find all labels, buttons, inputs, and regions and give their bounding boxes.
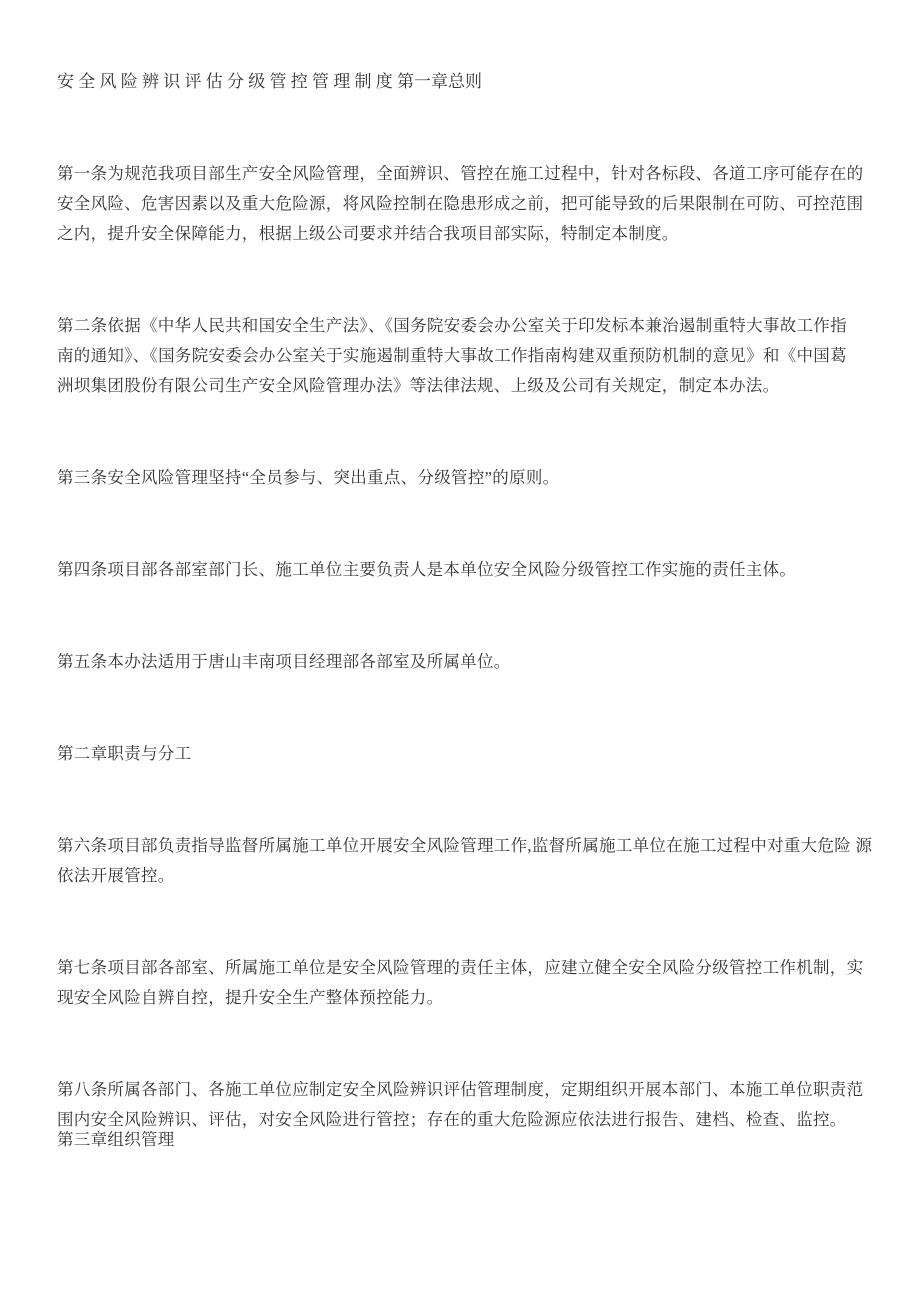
article-5: 第五条本办法适用于唐山丰南项目经理部各部室及所属单位。 bbox=[57, 647, 863, 677]
article-8: 第八条所属各部门、各施工单位应制定安全风险辨识评估管理制度，定期组织开展本部门、… bbox=[57, 1075, 863, 1135]
text-line: 第五条本办法适用于唐山丰南项目经理部各部室及所属单位。 bbox=[57, 647, 863, 677]
text-line: 第六条项目部负责指导监督所属施工单位开展安全风险管理工作,监督所属施工单位在施工… bbox=[57, 831, 863, 861]
text-line: 围内安全风险辨识、评估，对安全风险进行管控；存在的重大危险源应依法进行报告、建档… bbox=[57, 1105, 863, 1135]
text-line: 第八条所属各部门、各施工单位应制定安全风险辨识评估管理制度，定期组织开展本部门、… bbox=[57, 1075, 863, 1105]
text-line: 第四条项目部各部室部门长、施工单位主要负责人是本单位安全风险分级管控工作实施的责… bbox=[57, 555, 863, 585]
article-4: 第四条项目部各部室部门长、施工单位主要负责人是本单位安全风险分级管控工作实施的责… bbox=[57, 555, 863, 585]
text-line: 洲坝集团股份有限公司生产安全风险管理办法》等法律法规、上级及公司有关规定，制定本… bbox=[57, 371, 863, 401]
document-page: 安 全 风 险 辨 识 评 估 分 级 管 控 管 理 制 度 第一章总则 第一… bbox=[0, 0, 920, 1301]
text-line: 第二条依据《中华人民共和国安全生产法》、《国务院安委会办公室关于印发标本兼治遏制… bbox=[57, 311, 863, 341]
text-line: 第三条安全风险管理坚持“全员参与、突出重点、分级管控”的原则。 bbox=[57, 463, 863, 493]
text-line: 南的通知》、《国务院安委会办公室关于实施遏制重特大事故工作指南构建双重预防机制的… bbox=[57, 341, 863, 371]
article-1: 第一条为规范我项目部生产安全风险管理，全面辨识、管控在施工过程中，针对各标段、各… bbox=[57, 159, 863, 249]
text-line: 第二章职责与分工 bbox=[57, 739, 863, 769]
chapter-2-heading: 第二章职责与分工 bbox=[57, 739, 863, 769]
text-line: 现安全风险自辨自控，提升安全生产整体预控能力。 bbox=[57, 983, 863, 1013]
text-line: 依法开展管控。 bbox=[57, 861, 863, 891]
document-body: 第一条为规范我项目部生产安全风险管理，全面辨识、管控在施工过程中，针对各标段、各… bbox=[57, 159, 863, 1155]
text-line: 第一条为规范我项目部生产安全风险管理，全面辨识、管控在施工过程中，针对各标段、各… bbox=[57, 159, 863, 189]
article-3: 第三条安全风险管理坚持“全员参与、突出重点、分级管控”的原则。 bbox=[57, 463, 863, 493]
article-2: 第二条依据《中华人民共和国安全生产法》、《国务院安委会办公室关于印发标本兼治遏制… bbox=[57, 311, 863, 401]
article-6: 第六条项目部负责指导监督所属施工单位开展安全风险管理工作,监督所属施工单位在施工… bbox=[57, 831, 863, 891]
text-line: 安全风险、危害因素以及重大危险源，将风险控制在隐患形成之前，把可能导致的后果限制… bbox=[57, 189, 863, 219]
text-line: 之内，提升安全保障能力，根据上级公司要求并结合我项目部实际，特制定本制度。 bbox=[57, 219, 863, 249]
article-7: 第七条项目部各部室、所属施工单位是安全风险管理的责任主体，应建立健全安全风险分级… bbox=[57, 953, 863, 1013]
document-title: 安 全 风 险 辨 识 评 估 分 级 管 控 管 理 制 度 第一章总则 bbox=[57, 67, 863, 97]
text-line: 第七条项目部各部室、所属施工单位是安全风险管理的责任主体，应建立健全安全风险分级… bbox=[57, 953, 863, 983]
